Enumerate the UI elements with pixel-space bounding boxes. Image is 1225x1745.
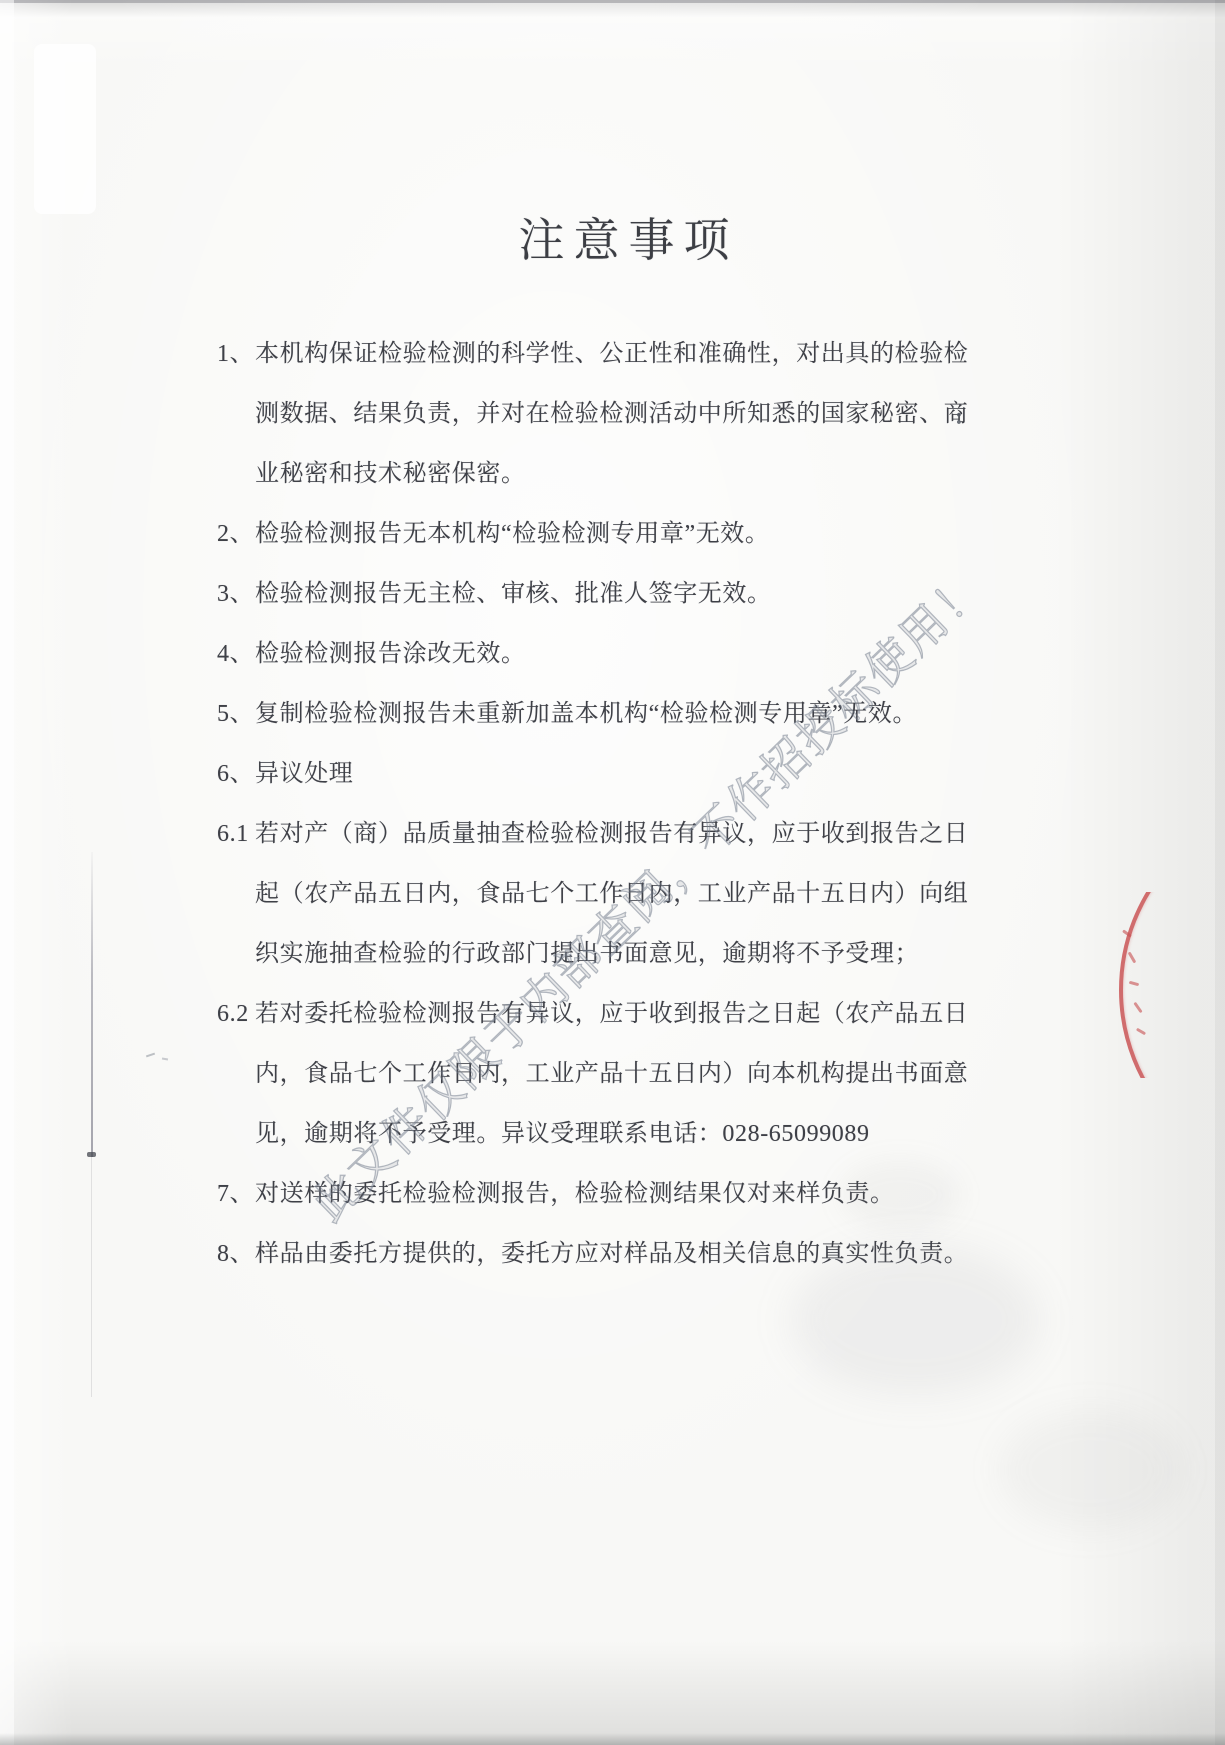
notice-list: 1、 本机构保证检验检测的科学性、公正性和准确性，对出具的检验检 测数据、结果负… [217, 324, 1017, 1284]
scan-highlight [34, 44, 96, 214]
scan-edge-top [0, 0, 1225, 3]
item-line: 若对委托检验检测报告有异议，应于收到报告之日起（农产品五日 [255, 984, 1017, 1044]
notice-item-6-1: 6.1 若对产（商）品质量抽查检验检测报告有异议，应于收到报告之日 起（农产品五… [217, 804, 1017, 984]
item-line: 测数据、结果负责，并对在检验检测活动中所知悉的国家秘密、商 [255, 384, 1017, 444]
item-number: 2、 [217, 504, 254, 564]
item-number: 3、 [217, 564, 254, 624]
notice-item-4: 4、 检验检测报告涂改无效。 [217, 624, 1017, 684]
scan-pencil-mark [146, 1053, 155, 1058]
scan-pencil-mark [162, 1057, 168, 1060]
item-number: 6.2 [217, 984, 249, 1044]
item-line: 本机构保证检验检测的科学性、公正性和准确性，对出具的检验检 [255, 324, 1017, 384]
item-number: 8、 [217, 1224, 254, 1284]
notice-item-3: 3、 检验检测报告无主检、审核、批准人签字无效。 [217, 564, 1017, 624]
item-line: 检验检测报告无主检、审核、批准人签字无效。 [255, 564, 1017, 624]
scan-colon-artifact: : [955, 404, 963, 431]
notice-item-6-2: 6.2 若对委托检验检测报告有异议，应于收到报告之日起（农产品五日 内，食品七个… [217, 984, 1017, 1164]
scan-fold-line-lower [91, 1157, 92, 1397]
scan-fold-line [91, 852, 93, 1157]
item-line: 织实施抽查检验的行政部门提出书面意见，逾期将不予受理； [255, 924, 1017, 984]
notice-item-6: 6、 异议处理 [217, 744, 1017, 804]
item-line: 业秘密和技术秘密保密。 [255, 444, 1017, 504]
item-number: 6、 [217, 744, 254, 804]
scan-smudge [790, 1245, 1040, 1395]
seal-ring [1119, 892, 1168, 1078]
item-line: 起（农产品五日内，食品七个工作日内，工业产品十五日内）向组 [255, 864, 1017, 924]
notice-item-1: 1、 本机构保证检验检测的科学性、公正性和准确性，对出具的检验检 测数据、结果负… [217, 324, 1017, 504]
scan-edge-left [0, 0, 14, 1745]
notice-item-5: 5、 复制检验检测报告未重新加盖本机构“检验检测专用章”无效。 [217, 684, 1017, 744]
item-line: 内，食品七个工作日内，工业产品十五日内）向本机构提出书面意 [255, 1044, 1017, 1104]
item-line: 复制检验检测报告未重新加盖本机构“检验检测专用章”无效。 [255, 684, 1017, 744]
item-line: 异议处理 [255, 744, 1017, 804]
item-number: 6.1 [217, 804, 249, 864]
red-seal-stamp [1102, 892, 1168, 1078]
item-line: 若对产（商）品质量抽查检验检测报告有异议，应于收到报告之日 [255, 804, 1017, 864]
page-title: 注意事项 [16, 204, 1225, 270]
item-line: 检验检测报告无本机构“检验检测专用章”无效。 [255, 504, 1017, 564]
item-number: 5、 [217, 684, 254, 744]
item-line: 检验检测报告涂改无效。 [255, 624, 1017, 684]
item-number: 7、 [217, 1164, 254, 1224]
item-number: 4、 [217, 624, 254, 684]
item-line: 见，逾期将不予受理。异议受理联系电话：028-65099089 [255, 1104, 1017, 1164]
item-number: 1、 [217, 324, 254, 384]
scan-ink-dot [87, 1152, 96, 1157]
scan-smudge [840, 1160, 960, 1230]
scanned-page: 注意事项 1、 本机构保证检验检测的科学性、公正性和准确性，对出具的检验检 测数… [0, 0, 1225, 1745]
scan-edge-bottom [0, 1733, 1225, 1745]
notice-item-2: 2、 检验检测报告无本机构“检验检测专用章”无效。 [217, 504, 1017, 564]
scan-smudge [1000, 1410, 1180, 1530]
